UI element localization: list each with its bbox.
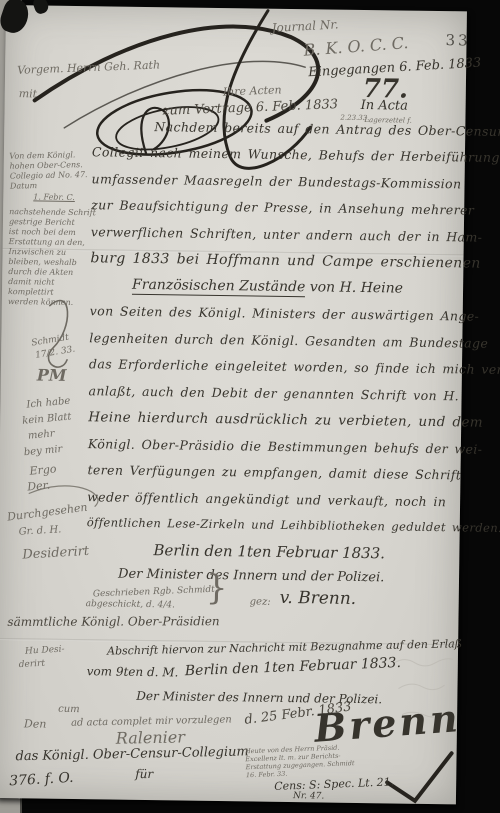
margin-line: ist noch bei dem [9,227,76,237]
body-line: Heine hierdurch ausdrücklich zu verbiete… [88,409,483,431]
torn-edge-mark [32,0,50,15]
signed-abbr: gez: [250,596,271,607]
margin-line: Inzwischen zu [8,247,66,257]
journal-mark: B. K. O. C. C. [303,33,409,60]
margin-desiderirt-2: Hu Desi- [25,645,65,657]
margin-durchgesehen: Durchgesehen [6,501,88,524]
in-acta-note: In Acta [361,98,409,114]
body-line: von Seiten des Königl. Ministers der aus… [90,303,480,323]
signature-v-brenn: v. Brenn. [280,588,357,609]
margin-desiderirt-2: derirt [19,659,46,670]
margin-blatt-note: mehr [28,428,56,441]
torn-edge-mark [0,0,33,36]
assignment-note: mit [19,87,38,100]
assignment-note: Vorgem. Herrn Geh. Rath [17,58,160,76]
presentation-note: zum Vortrage 6. Feb. 1833 [162,97,338,119]
minister-line: Der Minister des Innern und der Polizei. [118,567,384,586]
body-line: zur Beaufsichtigung der Presse, in Anseh… [91,197,474,217]
body-line: verwerflichen Schriften, unter andern au… [91,224,483,244]
underlined-title: Französischen Zustände [132,277,305,297]
clerk-note: abgeschickt, d. 4/4. [86,599,175,610]
date-line-2: Berlin den 1ten Februar 1833. [185,655,402,679]
body-line: legenheiten durch den Königl. Gesandten … [89,330,488,351]
copy-line: vom 9ten d. M. [87,664,179,679]
body-line: das Erforderliche eingeleitet worden, so… [89,356,500,377]
body-line: Nachdem bereits auf den Antrag des Ober-… [154,119,500,139]
signature-brenn-large: Brenn [313,695,462,751]
margin-blatt-note: kein Blatt [22,411,72,426]
margin-reg-date: 1. Febr. C. [33,192,75,202]
margin-blatt-note: Der. [27,478,51,493]
journal-label: Journal Nr. [271,17,338,35]
margin-line: Erstattung an den, [9,237,85,247]
margin-registration-note: Von dem Königl. hohen Ober-Cens. Collegi… [9,150,102,192]
body-line: Collegii nach meinem Wunsche, Behufs der… [92,144,500,165]
book-author: von H. Heine [310,279,403,296]
margin-line: bleiben, weshalb [8,257,76,267]
body-line: teren Verfügungen zu empfangen, damit di… [87,462,461,482]
margin-line: damit nicht komplettirt [8,277,55,297]
addressee-praesidien: sämmtliche Königl. Ober-Präsidien [7,614,219,629]
margin-desiderirt: Desiderirt [22,544,90,563]
margin-blatt-note: Ergo [29,462,57,477]
addressee-censor-college: das Königl. Ober-Censur-Collegium [15,744,249,764]
clerk-note: Geschrieben Rgb. Schmidt [93,585,215,600]
manuscript-paper: 33 Journal Nr. B. K. O. C. C. Eingegange… [0,5,467,804]
registry-note: Cens: S: Spec. Lt. 21. [274,775,394,793]
body-line: Königl. Ober-Präsidio die Bestimmungen b… [88,436,483,457]
folio-page-number: 33 [445,31,470,49]
bottom-note: für [135,767,153,781]
cum-note: cum [58,704,80,715]
margin-remark-note: nachstehende Schrift gestrige Bericht is… [8,207,101,308]
clerk-paraph: Ralenier [116,727,185,747]
body-line: anlaßt, auch den Debit der genannten Sch… [89,383,460,403]
book-title-line: Französischen Zustände von H. Heine [132,277,403,297]
margin-line: nachstehende Schrift [9,207,96,217]
assignment-note: Ihre Acten [223,83,282,98]
ad-acta-note: ad acta complet mir vorzulegen [71,714,232,728]
photographed-archive-document: { "page": { "number": "33", "shelfmark":… [0,0,500,813]
margin-line: werden können. [8,297,73,307]
place-date-line: Berlin den 1ten Februar 1833. [153,541,385,562]
body-line: öffentlichen Lese-Zirkeln und Leihbiblio… [87,515,500,535]
margin-grdh: Gr. d. H. [18,524,61,537]
receipt-note-line: 16. Febr. 33. [246,770,288,780]
margin-pm-mark: PM [37,365,67,384]
margin-line: Von dem Königl. [9,150,75,160]
margin-line: gestrige Bericht [9,217,75,227]
registry-note: Nr. 47. [293,791,324,801]
margin-line: hohen Ober-Cens. [9,160,82,171]
margin-line: Collegio ad No. 47. [10,170,88,181]
den-note: Den [24,717,47,730]
margin-line: Datum [10,181,37,191]
margin-blatt-note: bey mir [23,444,62,458]
shelfmark: 376. f. O. [9,770,74,790]
body-line: weder öffentlich angekündigt und verkauf… [87,489,446,509]
brace-mark: } [206,568,228,608]
margin-blatt-note: Ich habe [26,396,71,411]
body-line: umfassender Maasregeln der Bundestags-Ko… [91,171,461,191]
margin-line: durch die Akten [8,267,73,277]
